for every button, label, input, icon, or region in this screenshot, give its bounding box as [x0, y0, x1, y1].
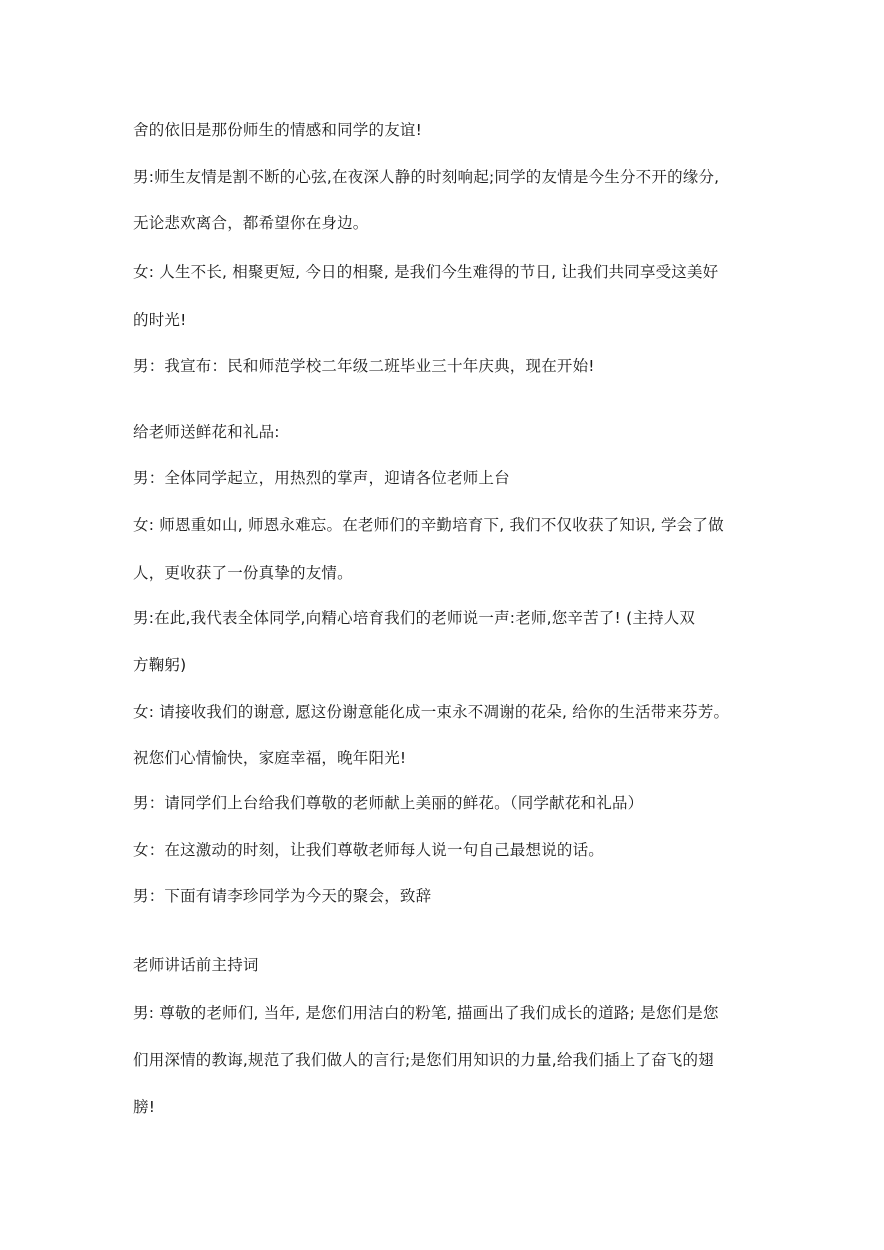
- section-heading: 老师讲话前主持词: [133, 955, 259, 975]
- text-line: 膀!: [133, 1097, 155, 1117]
- text-line: 男：下面有请李珍同学为今天的聚会，致辞: [133, 886, 431, 906]
- text-line: 女: 师恩重如山, 师恩永难忘。在老师们的辛勤培育下, 我们不仅收获了知识, 学…: [133, 515, 724, 535]
- text-line: 无论悲欢离合，都希望你在身边。: [133, 213, 369, 233]
- text-line: 女: 请接收我们的谢意, 愿这份谢意能化成一束永不凋谢的花朵, 给你的生活带来芬…: [133, 702, 729, 722]
- text-line: 男：请同学们上台给我们尊敬的老师献上美丽的鲜花。（同学献花和礼品）: [133, 793, 643, 813]
- text-line: 们用深情的教诲,规范了我们做人的言行;是您们用知识的力量,给我们插上了奋飞的翅: [133, 1050, 714, 1070]
- text-line: 男:在此,我代表全体同学,向精心培育我们的老师说一声:老师,您辛苦了! (主持人…: [133, 608, 695, 628]
- text-line: 方鞠躬): [133, 655, 186, 675]
- text-line: 的时光!: [133, 310, 187, 330]
- text-line: 女: 人生不长, 相聚更短, 今日的相聚, 是我们今生难得的节日, 让我们共同享…: [133, 262, 718, 282]
- text-line: 男:师生友情是割不断的心弦,在夜深人静的时刻响起;同学的友情是今生分不开的缘分,: [133, 167, 719, 187]
- text-line: 女：在这激动的时刻，让我们尊敬老师每人说一句自己最想说的话。: [133, 840, 604, 860]
- text-line: 舍的依旧是那份师生的情感和同学的友谊!: [133, 120, 422, 140]
- text-line: 男：我宣布：民和师范学校二年级二班毕业三十年庆典，现在开始!: [133, 356, 595, 376]
- text-line: 男：全体同学起立，用热烈的掌声，迎请各位老师上台: [133, 468, 510, 488]
- text-line: 男: 尊敬的老师们, 当年, 是您们用洁白的粉笔, 描画出了我们成长的道路; 是…: [133, 1003, 719, 1023]
- text-line: 祝您们心情愉快，家庭幸福，晚年阳光!: [133, 748, 406, 768]
- section-heading: 给老师送鲜花和礼品:: [133, 422, 280, 442]
- text-line: 人，更收获了一份真挚的友情。: [133, 563, 353, 583]
- document-page: 舍的依旧是那份师生的情感和同学的友谊! 男:师生友情是割不断的心弦,在夜深人静的…: [0, 0, 884, 1250]
